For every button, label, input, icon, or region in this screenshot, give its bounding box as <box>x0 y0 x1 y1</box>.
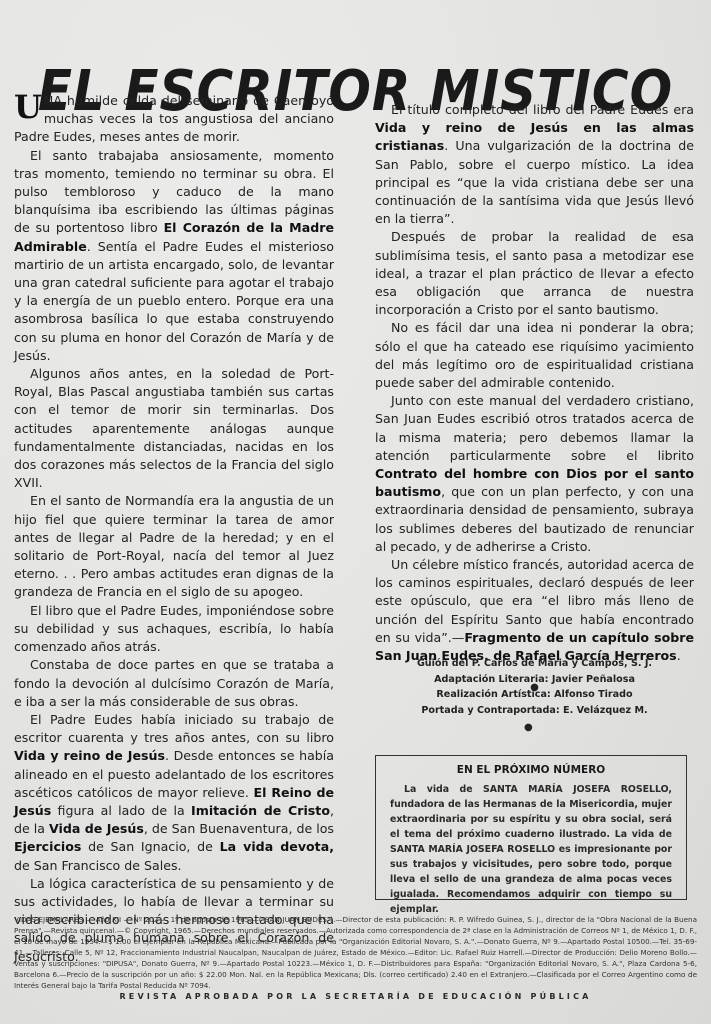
paragraph: No es fácil dar una idea ni ponderar la … <box>375 319 694 392</box>
paragraph-text: Junto con este manual del verdadero cris… <box>375 393 694 463</box>
paragraph: UNA humilde celda del seminario de Caen … <box>14 92 334 147</box>
drop-cap: U <box>14 94 42 120</box>
paragraph: Después de probar la realidad de esa sub… <box>375 228 694 319</box>
paragraph-text: de San Francisco de Sales. <box>14 858 182 873</box>
paragraph-text: El Padre Eudes había iniciado su trabajo… <box>14 712 334 745</box>
credit-line: Realización Artística: Alfonso Tirado <box>375 687 694 703</box>
credit-line: Adaptación Literaria: Javier Peñalosa <box>375 672 694 688</box>
paragraph-text: figura al lado de la <box>51 803 191 818</box>
approval-notice: REVISTA APROBADA POR LA SECRETARÍA DE ED… <box>0 992 711 1001</box>
credit-line: Portada y Contraportada: E. Velázquez M. <box>375 703 694 719</box>
credits: Guión del P. Carlos de Maria y Campos, S… <box>375 656 694 718</box>
book-title: La vida devota, <box>220 839 334 854</box>
paragraph-text: , de San Buenaventura, de los <box>144 821 334 836</box>
credit-line: Guión del P. Carlos de Maria y Campos, S… <box>375 656 694 672</box>
paragraph: Constaba de doce partes en que se tratab… <box>14 656 334 711</box>
paragraph: El Padre Eudes había iniciado su trabajo… <box>14 711 334 875</box>
left-column: UNA humilde celda del seminario de Caen … <box>14 92 334 966</box>
book-title: Vida de Jesús <box>49 821 144 836</box>
paragraph-text: El título completo del libro del Padre E… <box>391 102 694 117</box>
paragraph: El título completo del libro del Padre E… <box>375 101 694 228</box>
book-title: Ejercicios <box>14 839 81 854</box>
paragraph-text: NA humilde celda del seminario de Caen o… <box>14 93 334 144</box>
next-issue-heading: EN EL PRÓXIMO NÚMERO <box>390 764 672 776</box>
paragraph-text: . Sentía el Padre Eudes el misterioso ma… <box>14 239 334 363</box>
paragraph: El santo trabajaba ansiosamente, momento… <box>14 147 334 365</box>
right-column: El título completo del libro del Padre E… <box>375 101 694 708</box>
bullet-separator: ● <box>524 722 533 733</box>
paragraph: Un célebre místico francés, autoridad ac… <box>375 556 694 665</box>
paragraph: En el santo de Normandía era la angustia… <box>14 492 334 601</box>
paragraph: Algunos años antes, en la soledad de Por… <box>14 365 334 492</box>
paragraph: El libro que el Padre Eudes, imponiéndos… <box>14 602 334 657</box>
paragraph: Junto con este manual del verdadero cris… <box>375 392 694 556</box>
book-title: Imitación de Cristo <box>191 803 330 818</box>
paragraph-text: de San Ignacio, de <box>81 839 219 854</box>
next-issue-box: EN EL PRÓXIMO NÚMERO La vida de SANTA MA… <box>375 755 687 900</box>
imprint-footer: VIDAS EJEMPLARES — Año XII — Nº 202 — 1º… <box>14 914 697 991</box>
next-issue-text: La vida de SANTA MARÍA JOSEFA ROSELLO, f… <box>390 782 672 917</box>
book-title: Vida y reino de Jesús <box>14 748 165 763</box>
